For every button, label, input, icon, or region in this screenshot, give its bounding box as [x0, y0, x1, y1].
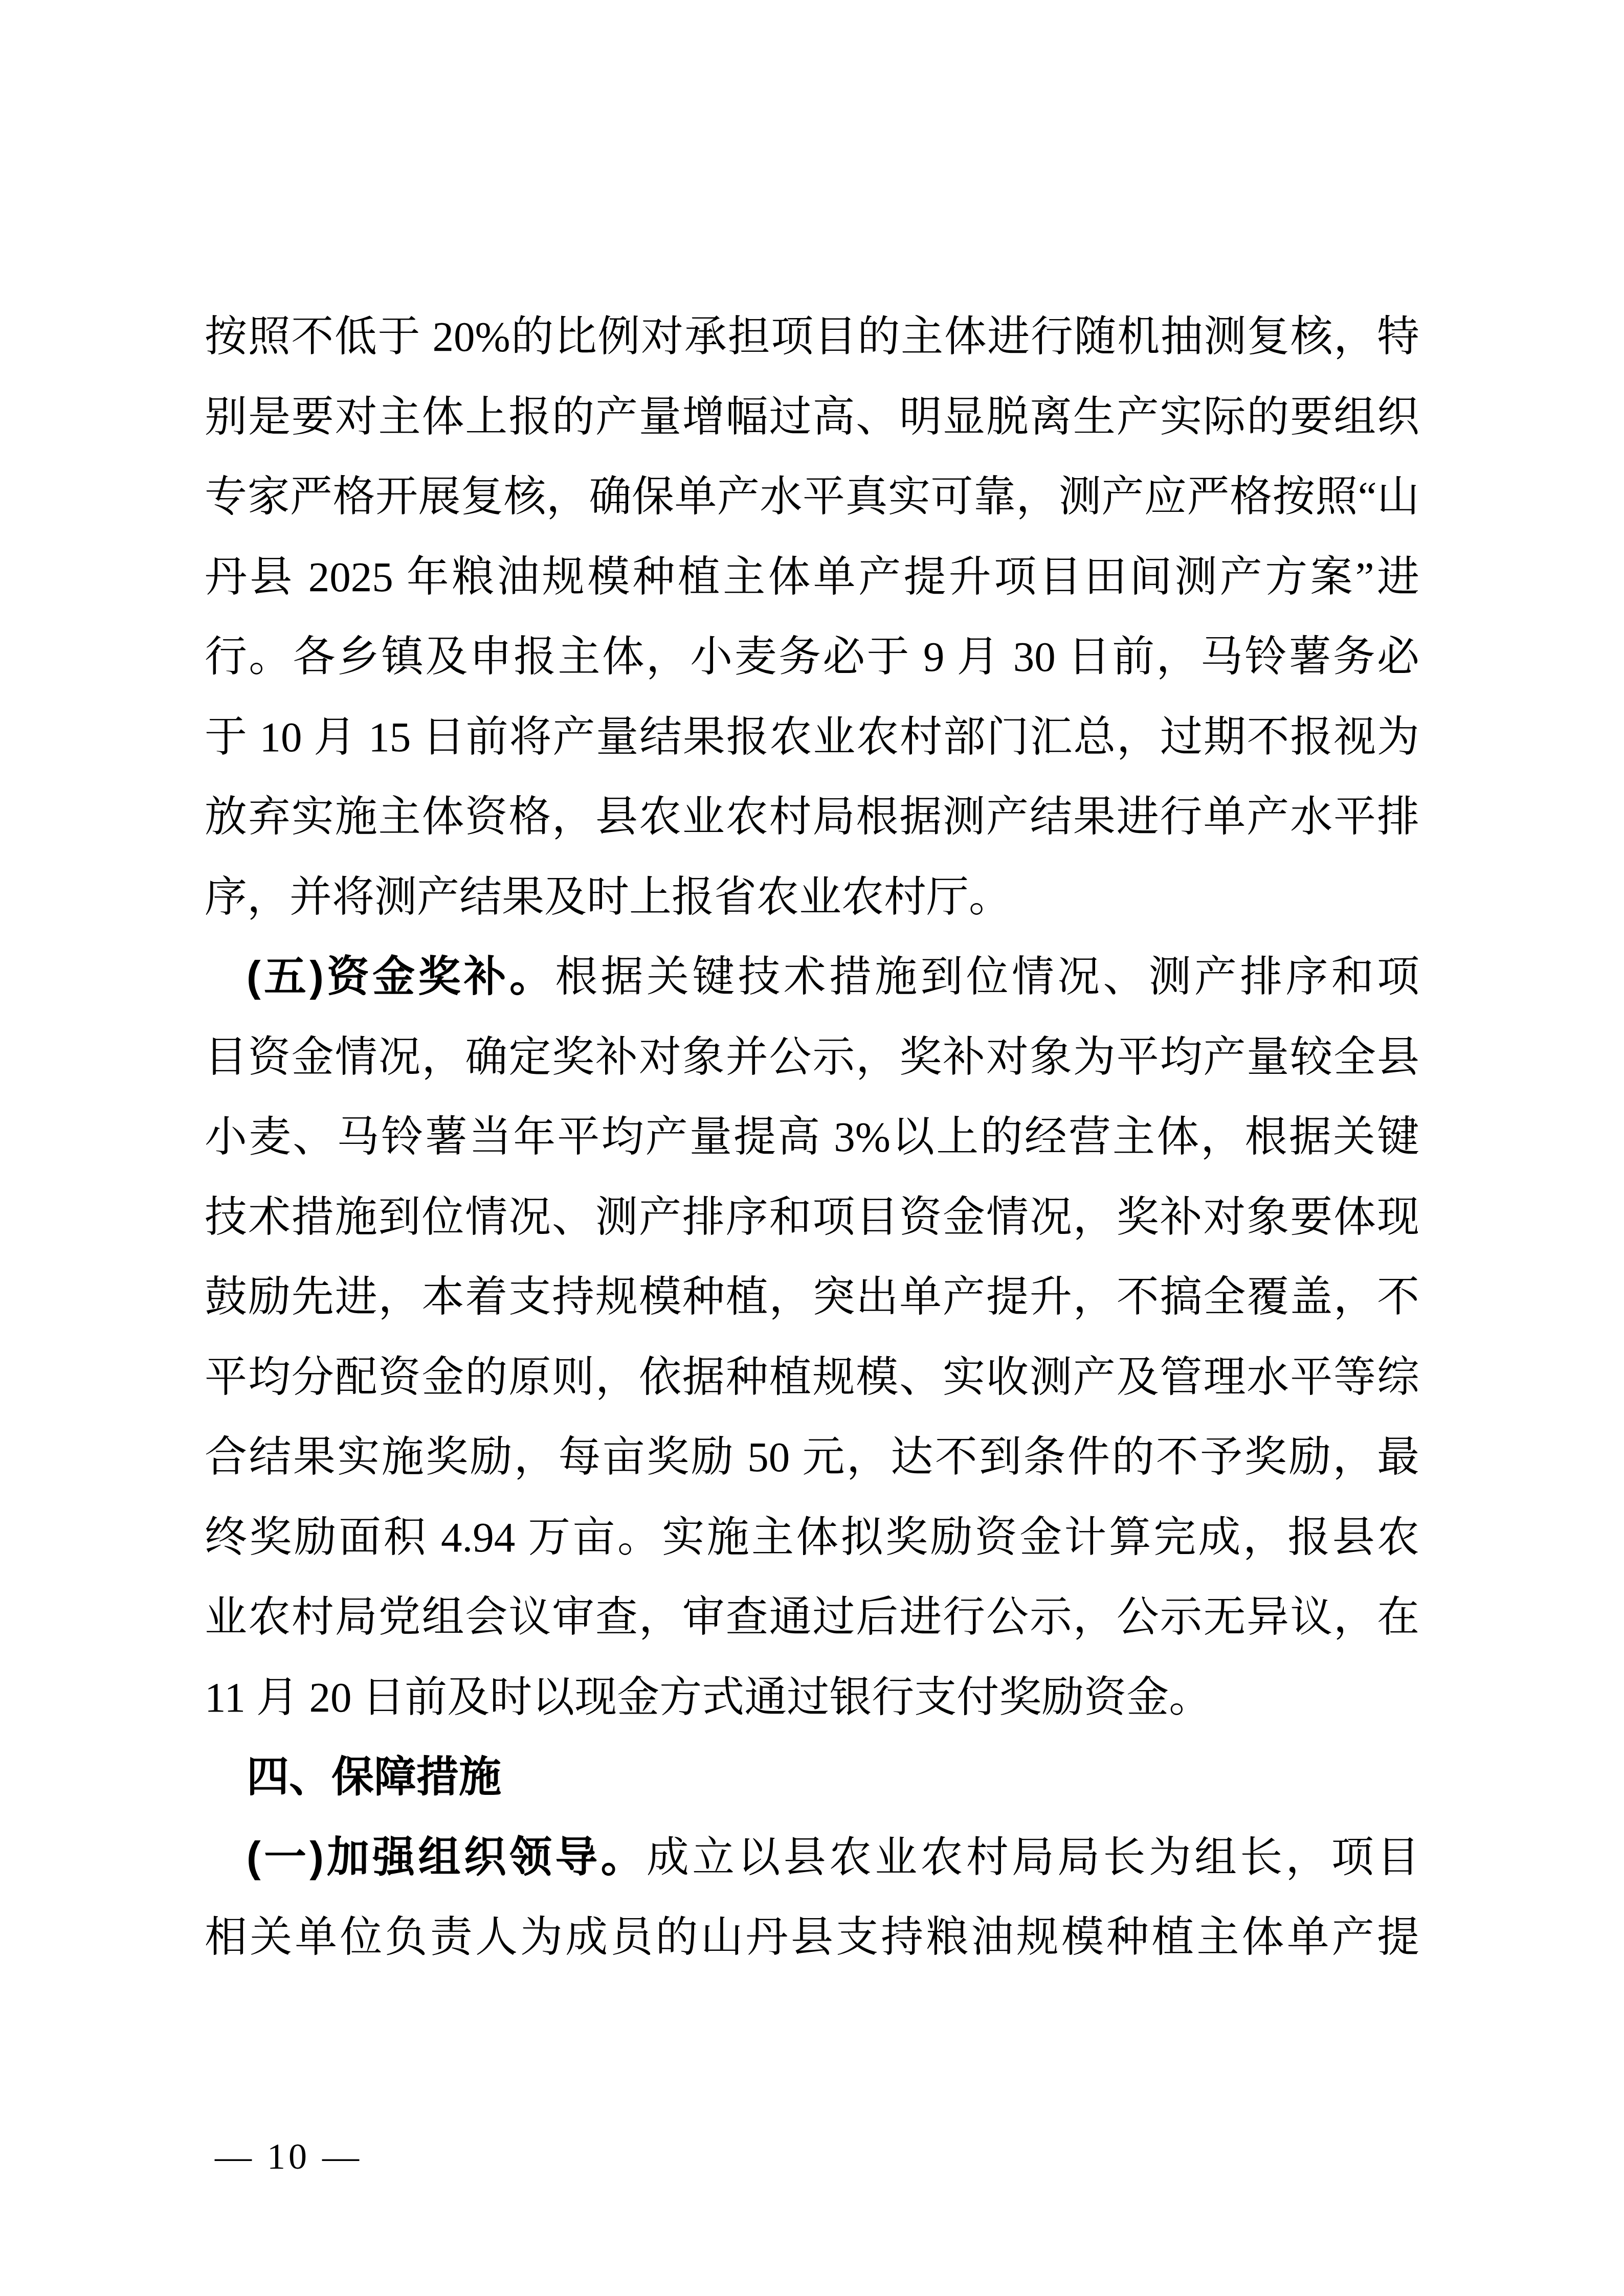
body-line: (一)加强组织领导。成立以县农业农村局局长为组长，项目	[205, 1817, 1419, 1898]
page-number: — 10 —	[215, 2136, 362, 2177]
body-line: 行。各乡镇及申报主体，小麦务必于 9 月 30 日前，马铃薯务必	[205, 617, 1419, 697]
heading-text: 四、保障措施	[247, 1753, 501, 1800]
body-line: 终奖励面积 4.94 万亩。实施主体拟奖励资金计算完成，报县农	[205, 1497, 1419, 1578]
body-line: 丹县 2025 年粮油规模种植主体单产提升项目田间测产方案”进	[205, 537, 1419, 617]
body-line: 11 月 20 日前及时以现金方式通过银行支付奖励资金。	[205, 1657, 1419, 1738]
line-text: 成立以县农业农村局局长为组长，项目	[647, 1834, 1419, 1881]
body-line: 合结果实施奖励，每亩奖励 50 元，达不到条件的不予奖励，最	[205, 1417, 1419, 1497]
document-page: 按照不低于 20%的比例对承担项目的主体进行随机抽测复核，特 别是要对主体上报的…	[0, 0, 1624, 2296]
line-text: 根据关键技术措施到位情况、测产排序和项	[555, 953, 1419, 1000]
body-line: 于 10 月 15 日前将产量结果报农业农村部门汇总，过期不报视为	[205, 697, 1419, 777]
paragraph-lead: (一)加强组织领导。	[247, 1833, 647, 1881]
body-line: 序，并将测产结果及时上报省农业农村厅。	[205, 857, 1419, 937]
paragraph-lead: (五)资金奖补。	[247, 953, 555, 1000]
body-line: 小麦、马铃薯当年平均产量提高 3%以上的经营主体，根据关键	[205, 1097, 1419, 1177]
body-line: 目资金情况，确定奖补对象并公示，奖补对象为平均产量较全县	[205, 1017, 1419, 1097]
body-line: 鼓励先进，本着支持规模种植，突出单产提升，不搞全覆盖，不	[205, 1257, 1419, 1337]
body-line: 业农村局党组会议审查，审查通过后进行公示，公示无异议，在	[205, 1577, 1419, 1657]
body-line: 按照不低于 20%的比例对承担项目的主体进行随机抽测复核，特	[205, 297, 1419, 377]
body-line: 放弃实施主体资格，县农业农村局根据测产结果进行单产水平排	[205, 777, 1419, 857]
body-line: 技术措施到位情况、测产排序和项目资金情况，奖补对象要体现	[205, 1177, 1419, 1257]
body-line: 专家严格开展复核，确保单产水平真实可靠，测产应严格按照“山	[205, 457, 1419, 537]
body-line: 别是要对主体上报的产量增幅过高、明显脱离生产实际的要组织	[205, 377, 1419, 457]
section-heading: 四、保障措施	[205, 1737, 1419, 1817]
page-footer: — 10 —	[215, 2133, 362, 2179]
body-line: (五)资金奖补。根据关键技术措施到位情况、测产排序和项	[205, 937, 1419, 1017]
body-line: 相关单位负责人为成员的山丹县支持粮油规模种植主体单产提	[205, 1897, 1419, 1977]
body-line: 平均分配资金的原则，依据种植规模、实收测产及管理水平等综	[205, 1337, 1419, 1417]
document-body: 按照不低于 20%的比例对承担项目的主体进行随机抽测复核，特 别是要对主体上报的…	[205, 297, 1419, 1977]
